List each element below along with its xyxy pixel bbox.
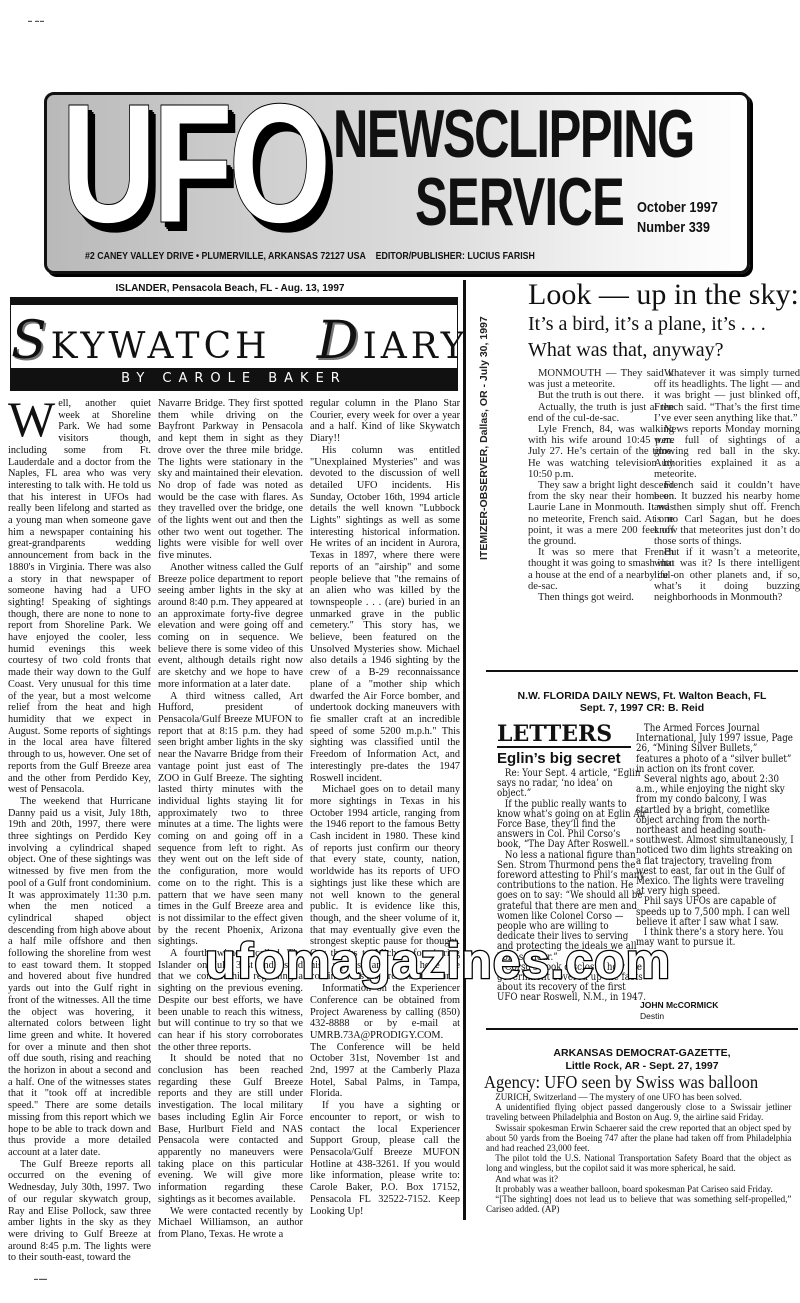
scan-artifact-bottom: ▬ ▬▬: [34, 1276, 47, 1281]
address-text: #2 CANEY VALLEY DRIVE • PLUMERVILLE, ARK…: [85, 251, 366, 262]
paragraph: If the public really wants to know what’…: [497, 800, 647, 851]
paragraph: French said it couldn’t have been. It bu…: [654, 480, 800, 547]
paragraph: A third witness called, Art Hufford, pre…: [158, 691, 303, 948]
lookup-column-2: Whatever it was simply turned off its he…: [654, 368, 800, 603]
paragraph: A unidentified flying object passed dang…: [486, 1103, 791, 1123]
arkansas-headline: Agency: UFO seen by Swiss was balloon: [484, 1071, 758, 1093]
paragraph: Another witness called the Gulf Breeze p…: [158, 562, 303, 691]
paragraph: MONMOUTH — They said it was just a meteo…: [528, 368, 674, 390]
source-line-2: Sept. 7, 1997 CR: B. Reid: [486, 702, 798, 714]
scan-artifact-top: ▬ ▬▬: [28, 18, 45, 23]
masthead-title-line2: SERVICE: [415, 167, 624, 237]
source-line-nwf: N.W. FLORIDA DAILY NEWS, Ft. Walton Beac…: [486, 690, 798, 714]
paragraph: Whatever it was simply turned off its he…: [654, 368, 800, 424]
lookup-headline: Look — up in the sky:: [528, 278, 799, 312]
byline-bar: BY CAROLE BAKER: [11, 368, 457, 390]
arkansas-article-body: ZURICH, Switzerland — The mystery of one…: [486, 1093, 791, 1215]
skywatch-banner: SKYWATCH DIARY BY CAROLE BAKER: [10, 297, 458, 391]
skywatch-column-2: Navarre Bridge. They first spotted them …: [158, 398, 303, 1241]
masthead-title-line1: NEWSCLIPPING: [333, 99, 694, 169]
paragraph: Information on the Experiencer Conferenc…: [310, 983, 460, 1100]
skywatch-column-1: Well, another quiet week at Shoreline Pa…: [8, 398, 151, 1264]
letter-signature-name: JOHN McCORMICK: [640, 1000, 718, 1010]
column-divider: [463, 280, 466, 1220]
paragraph: Actually, the truth is just at the end o…: [528, 402, 674, 424]
paragraph: If you have a sighting or encounter to r…: [310, 1100, 460, 1217]
paragraph: Re: Your Sept. 4 article, “Eglin says no…: [497, 769, 647, 800]
paragraph: We were contacted recently by Michael Wi…: [158, 1206, 303, 1241]
paragraph: Several nights ago, about 2:30 a.m., whi…: [636, 775, 794, 897]
source-line-1: N.W. FLORIDA DAILY NEWS, Ft. Walton Beac…: [486, 690, 798, 702]
paragraph: regular column in the Plano Star Courier…: [310, 398, 460, 445]
lookup-subhead-2: What was that, anyway?: [528, 338, 723, 362]
title-word1: KYWATCH: [51, 326, 271, 367]
paragraph: Swissair spokesman Erwin Schaerer said t…: [486, 1124, 791, 1155]
paragraph: It should be noted that no conclusion ha…: [158, 1053, 303, 1205]
paragraph: His column was entitled "Unexplained Mys…: [310, 445, 460, 784]
section-divider: [486, 670, 798, 672]
swash-d: D: [317, 311, 363, 371]
title-word2: IARY: [363, 326, 469, 367]
paragraph: Well, another quiet week at Shoreline Pa…: [8, 398, 151, 796]
paragraph: Phil says UFOs are capable of speeds up …: [636, 897, 794, 928]
paragraph: Lyle French, 84, was walking with his wi…: [528, 424, 674, 480]
lookup-subhead-1: It’s a bird, it’s a plane, it’s . . .: [528, 312, 766, 336]
paragraph: News reports Monday morning were full of…: [654, 424, 800, 480]
skywatch-column-3: regular column in the Plano Star Courier…: [310, 398, 460, 1217]
paragraph: The Armed Forces Journal International, …: [636, 724, 794, 775]
editor-text: EDITOR/PUBLISHER: LUCIUS FARISH: [376, 251, 535, 262]
letters-headline: Eglin’s big secret: [497, 750, 621, 767]
letters-column-2: The Armed Forces Journal International, …: [636, 724, 794, 948]
section-divider: [486, 1028, 798, 1030]
letters-rule: [497, 746, 631, 748]
lookup-column-1: MONMOUTH — They said it was just a meteo…: [528, 368, 674, 603]
issue-number: Number 339: [637, 219, 710, 236]
paragraph: But if it wasn’t a meteorite, what was i…: [654, 547, 800, 603]
paragraph: The Gulf Breeze reports all occurred on …: [8, 1159, 151, 1264]
source-line-itemizer: ITEMIZER-OBSERVER, Dallas, OR - July 30,…: [478, 280, 490, 560]
masthead: UFO NEWSCLIPPING SERVICE October 1997 Nu…: [44, 92, 750, 274]
letter-signature-place: Destin: [640, 1011, 664, 1021]
source-line-islander: ISLANDER, Pensacola Beach, FL - Aug. 13,…: [0, 283, 460, 294]
source-line-arkansas-1: ARKANSAS DEMOCRAT-GAZETTE,: [486, 1047, 798, 1059]
paragraph: The pilot told the U.S. National Transpo…: [486, 1154, 791, 1174]
masthead-address: #2 CANEY VALLEY DRIVE • PLUMERVILLE, ARK…: [85, 251, 535, 262]
swash-s: S: [11, 311, 51, 371]
paragraph-text: ell, another quiet week at Shoreline Par…: [8, 398, 151, 795]
skywatch-title: SKYWATCH DIARY: [11, 311, 457, 371]
drop-cap: W: [8, 399, 55, 439]
paragraph: They saw a bright light descend from the…: [528, 480, 674, 547]
paragraph: Navarre Bridge. They first spotted them …: [158, 398, 303, 562]
paragraph: It was so mere that French thought it wa…: [528, 547, 674, 592]
banner-top-bar: [11, 298, 457, 305]
letters-section-title: LETTERS: [497, 721, 612, 747]
paragraph: But the truth is out there.: [528, 390, 674, 401]
watermark: ufomagazines.com: [205, 932, 671, 990]
paragraph: “[The sighting] does not lead us to beli…: [486, 1195, 791, 1215]
paragraph: Then things got weird.: [528, 592, 674, 603]
issue-date: October 1997: [637, 199, 718, 216]
ufo-logo: UFO: [61, 92, 327, 239]
paragraph: The weekend that Hurricane Danny paid us…: [8, 796, 151, 1159]
